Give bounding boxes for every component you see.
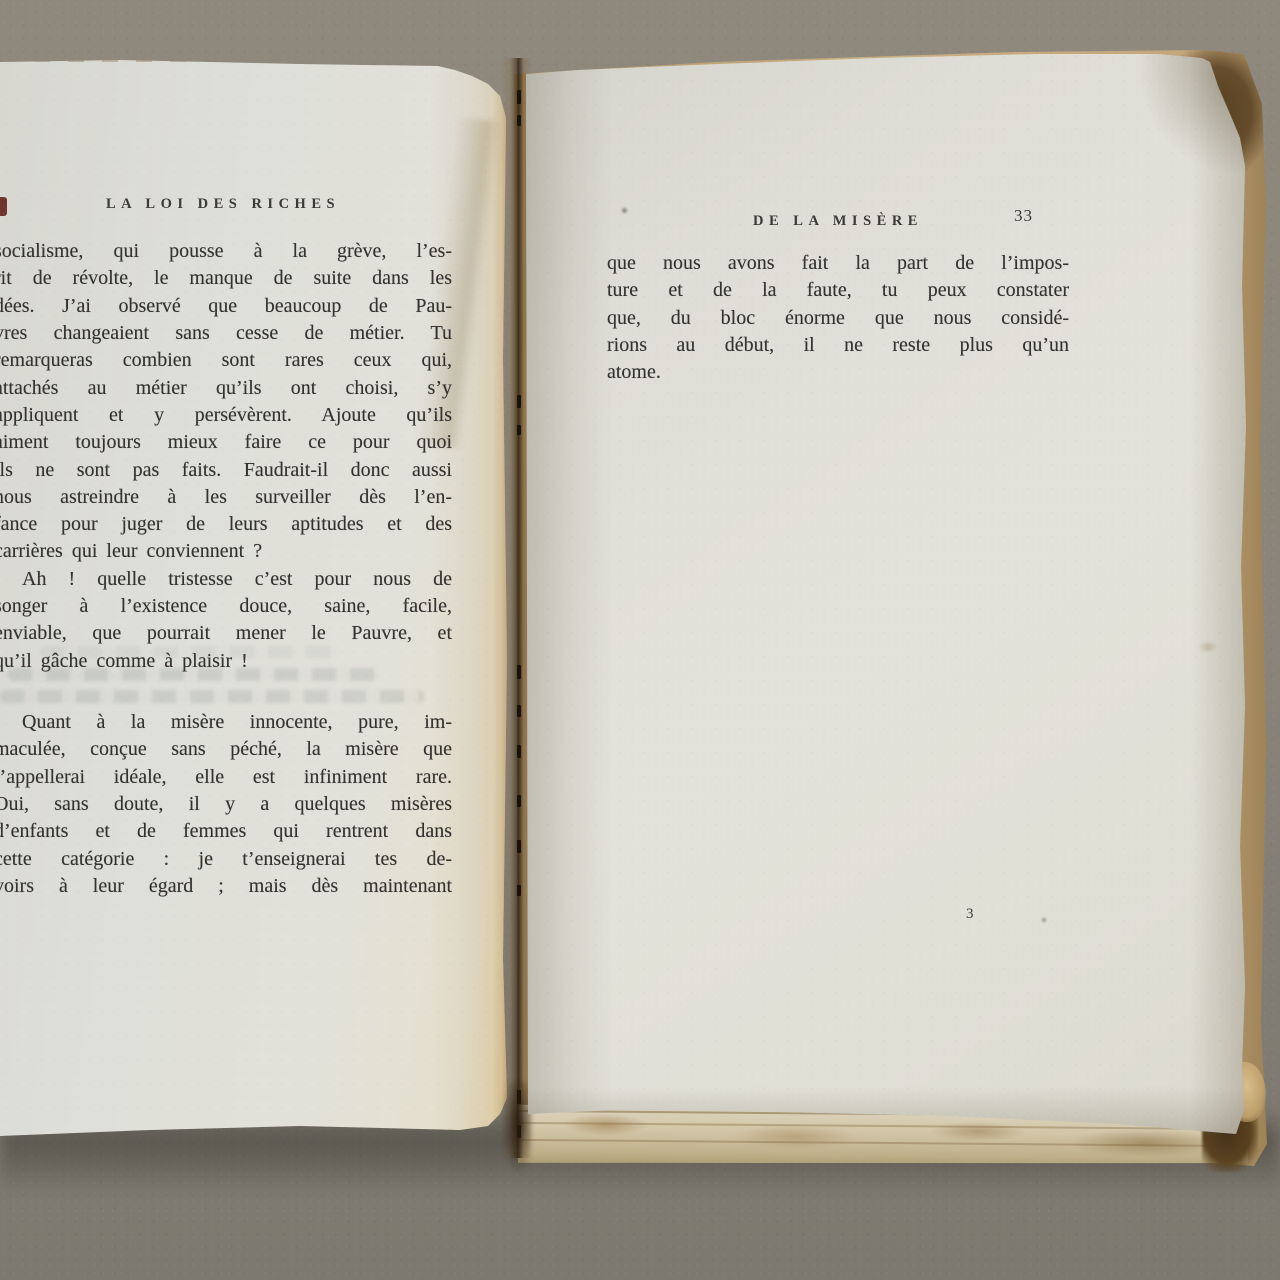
text-line: attachés au métier qu’ils ont choisi, s’… xyxy=(0,377,452,404)
text-line: ils ne sont pas faits. Faudrait-il donc … xyxy=(0,459,452,486)
page-number: 33 xyxy=(1014,206,1033,226)
text-line: nous astreindre à les surveiller dès l’e… xyxy=(0,486,452,513)
right-page-gutter-shadow xyxy=(518,46,613,1138)
text-line: maculée, conçue sans péché, la misère qu… xyxy=(0,738,452,765)
cut-folio-fragment xyxy=(0,197,7,216)
right-page-text: que nous avons fait la part de l’impos- … xyxy=(607,252,1069,389)
text-line: Oui, sans doute, il y a quelques misères xyxy=(0,793,452,820)
text-line: carrières qui leur conviennent ? xyxy=(0,540,452,567)
book-photo: LA LOI DES RICHES socialisme, qui pousse… xyxy=(0,0,1280,1280)
bleed-through-text xyxy=(8,668,380,681)
text-line: j’appellerai idéale, elle est infiniment… xyxy=(0,766,452,793)
text-line: ture et de la faute, tu peux constater xyxy=(607,279,1069,306)
text-line: d’enfants et de femmes qui rentrent dans xyxy=(0,820,452,847)
right-running-header: DE LA MISÈRE xyxy=(607,213,1069,230)
text-line: rit de révolte, le manque de suite dans … xyxy=(0,267,452,294)
right-page-edge-shadow xyxy=(1190,46,1248,1138)
text-line: cette catégorie : je t’enseignerai tes d… xyxy=(0,848,452,875)
text-line: remarqueras combien sont rares ceux qui, xyxy=(0,349,452,376)
text-line: que nous avons fait la part de l’impos- xyxy=(607,252,1069,279)
paper-speck xyxy=(1042,918,1046,922)
text-line: socialisme, qui pousse à la grève, l’es- xyxy=(0,240,452,267)
text-line: qu’il gâche comme à plaisir ! xyxy=(0,650,452,677)
paper-stain xyxy=(1198,641,1218,653)
text-line: voirs à leur égard ; mais dès maintenant xyxy=(0,875,452,902)
left-page-crease xyxy=(416,116,502,449)
text-line: vres changeaient sans cesse de métier. T… xyxy=(0,322,452,349)
text-line: dées. J’ai observé que beaucoup de Pau- xyxy=(0,295,452,322)
left-page: LA LOI DES RICHES socialisme, qui pousse… xyxy=(0,58,516,1140)
text-line: rions au début, il ne reste plus qu’un xyxy=(607,334,1069,361)
text-line: Ah ! quelle tristesse c’est pour nous de xyxy=(0,568,452,595)
right-page: DE LA MISÈRE 33 que nous avons fait la p… xyxy=(518,46,1248,1138)
left-page-text: socialisme, qui pousse à la grève, l’es-… xyxy=(0,240,452,902)
bleed-through-text xyxy=(0,690,424,703)
text-line: fance pour juger de leurs aptitudes et d… xyxy=(0,513,452,540)
signature-mark: 3 xyxy=(966,906,974,923)
left-running-header: LA LOI DES RICHES xyxy=(0,196,452,213)
text-line: enviable, que pourrait mener le Pauvre, … xyxy=(0,622,452,649)
text-line: songer à l’existence douce, saine, facil… xyxy=(0,595,452,622)
bleed-through-text xyxy=(40,646,340,658)
text-line: aiment toujours mieux faire ce pour quoi xyxy=(0,431,452,458)
text-line: atome. xyxy=(607,361,1069,388)
text-line: que, du bloc énorme que nous considé- xyxy=(607,307,1069,334)
text-line: appliquent et y persévèrent. Ajoute qu’i… xyxy=(0,404,452,431)
paper-speck xyxy=(622,208,627,213)
text-line: Quant à la misère innocente, pure, im- xyxy=(0,711,452,738)
